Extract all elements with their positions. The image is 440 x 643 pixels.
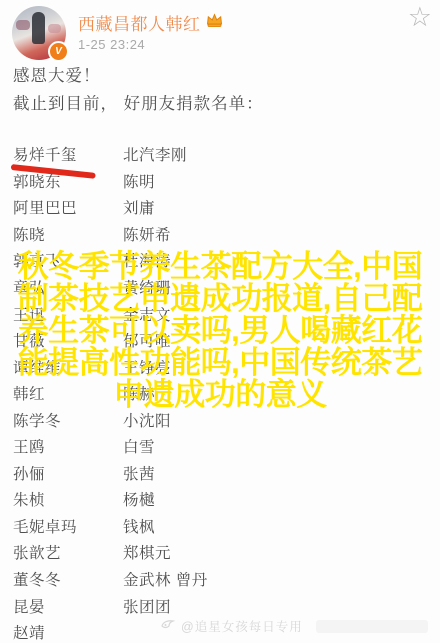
donor-row: 易烊千玺北汽李刚 [13, 141, 440, 168]
donor-name-left: 赵靖 [13, 621, 123, 643]
donor-name-right: 金武林 曾丹 [123, 568, 440, 590]
donor-name-left: 孙俪 [13, 462, 123, 484]
avatar-image [32, 12, 45, 44]
donor-row: 昆晏张团团 [13, 592, 440, 619]
verified-badge-icon: V [48, 41, 69, 62]
avatar-image-detail [16, 20, 30, 30]
donor-name-right: 刘庸 [123, 196, 440, 218]
donor-row: 陈晓陈妍希 [13, 221, 440, 248]
post-greeting: 感恩大爱！ [13, 62, 101, 86]
overlay-line: 申遗成功的意义 [0, 379, 440, 411]
overlay-line: 能提高性功能吗,中国传统茶艺 [0, 347, 440, 379]
watermark-faint [316, 620, 428, 633]
donor-name-left: 易烊千玺 [13, 143, 123, 165]
donor-name-right: 陈妍希 [123, 223, 440, 245]
overlay-line: 养生茶可以卖吗,男人喝藏红花 [0, 315, 440, 347]
favorite-star-icon[interactable]: ☆ [408, 0, 432, 34]
avatar-image-detail [48, 24, 61, 33]
donor-row: 董冬冬金武林 曾丹 [13, 566, 440, 593]
watermark-text: @追星女孩每日专用 [181, 617, 303, 635]
donor-name-left: 陈学冬 [13, 409, 123, 431]
vip-crown-icon [206, 13, 223, 33]
donor-name-right: 陈明 [123, 170, 440, 192]
donor-name-right: 张团团 [123, 595, 440, 617]
donor-name-left: 阿里巴巴 [13, 196, 123, 218]
donor-row: 朱桢杨樾 [13, 486, 440, 513]
overlay-text: 秋冬季节养生茶配方大全,中国 制茶技艺申遗成功报道,自己配 养生茶可以卖吗,男人… [0, 251, 440, 411]
donor-name-left: 毛妮卓玛 [13, 515, 123, 537]
overlay-line: 制茶技艺申遗成功报道,自己配 [0, 283, 440, 315]
donor-name-right: 白雪 [123, 435, 440, 457]
donor-name-right: 钱枫 [123, 515, 440, 537]
donor-name-left: 王鸥 [13, 435, 123, 457]
donor-name-left: 朱桢 [13, 488, 123, 510]
donor-name-right: 北汽李刚 [123, 143, 440, 165]
timestamp: 1-25 23:24 [78, 37, 145, 52]
donor-name-left: 昆晏 [13, 595, 123, 617]
watermark-bird-icon [160, 618, 176, 634]
overlay-line: 秋冬季节养生茶配方大全,中国 [0, 251, 440, 283]
donor-name-right: 杨樾 [123, 488, 440, 510]
avatar[interactable]: V [12, 6, 66, 60]
donor-row: 孙俪张茜 [13, 460, 440, 487]
donor-name-left: 张歆艺 [13, 541, 123, 563]
watermark: @追星女孩每日专用 [160, 617, 303, 635]
donor-row: 张歆艺郑棋元 [13, 539, 440, 566]
donor-row: 毛妮卓玛钱枫 [13, 513, 440, 540]
donor-name-right: 小沈阳 [123, 409, 440, 431]
donor-name-left: 陈晓 [13, 223, 123, 245]
weibo-post: V 西藏昌都人韩红 1-25 23:24 ☆ 感恩大爱！ 截止到目前， 好朋友捐… [0, 0, 440, 643]
donor-name-right: 张茜 [123, 462, 440, 484]
post-intro: 截止到目前， 好朋友捐款名单： [13, 90, 264, 114]
username[interactable]: 西藏昌都人韩红 [78, 10, 201, 35]
donor-name-right: 郑棋元 [123, 541, 440, 563]
donor-row: 王鸥白雪 [13, 433, 440, 460]
donor-name-left: 董冬冬 [13, 568, 123, 590]
donor-row: 阿里巴巴刘庸 [13, 194, 440, 221]
